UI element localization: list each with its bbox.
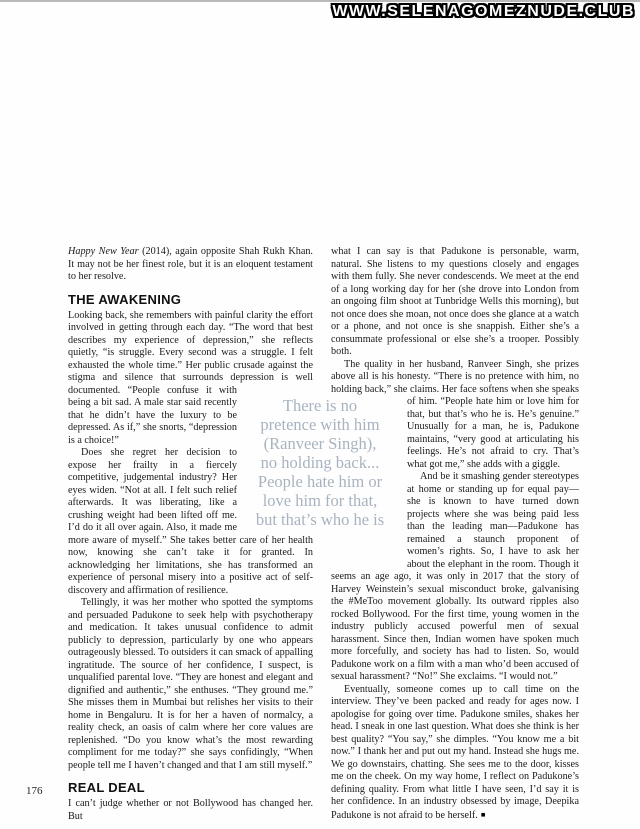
movie-title-italic: Happy New Year	[68, 246, 139, 257]
paragraph-text: of him. “People hate him or love him for…	[407, 396, 579, 470]
magazine-page: WWW.SELENAGOMEZNUDE.CLUB Happy New Year …	[0, 0, 640, 829]
section-heading-the-awakening: THE AWAKENING	[68, 292, 313, 307]
paragraph-text: Looking back, she remembers with painful…	[68, 310, 313, 396]
paragraph-text: Eventually, someone comes up to call tim…	[331, 684, 579, 821]
paragraph-real-deal: I can’t judge whether or not Bollywood h…	[68, 798, 313, 823]
article-body: Happy New Year (2014), again opposite Sh…	[68, 246, 579, 823]
page-number: 176	[26, 785, 43, 797]
pull-quote: There is no pretence with him (Ranveer S…	[236, 396, 404, 529]
right-column: what I can say is that Padukone is perso…	[331, 246, 579, 823]
paragraph-text: The quality in her husband, Ranveer Sing…	[331, 359, 579, 395]
paragraph-intro: Happy New Year (2014), again opposite Sh…	[68, 246, 313, 284]
article-end-mark: ■	[481, 810, 486, 819]
section-heading-real-deal: REAL DEAL	[68, 780, 313, 795]
paragraph-right-4: Eventually, someone comes up to call tim…	[331, 684, 579, 823]
watermark: WWW.SELENAGOMEZNUDE.CLUB	[332, 3, 635, 21]
paragraph-awakening-3: Tellingly, it was her mother who spotted…	[68, 597, 313, 772]
paragraph-right-1: what I can say is that Padukone is perso…	[331, 246, 579, 359]
left-column: Happy New Year (2014), again opposite Sh…	[68, 246, 313, 823]
